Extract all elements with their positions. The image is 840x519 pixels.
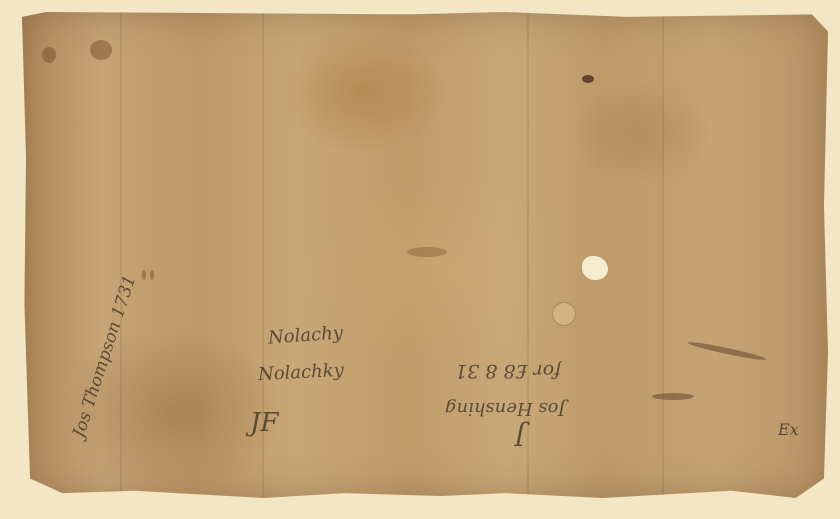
paper-hole xyxy=(582,256,608,280)
ink-stain xyxy=(90,40,112,60)
fold-line xyxy=(527,12,529,498)
flourish-initials: JF xyxy=(250,408,278,438)
fold-line xyxy=(120,12,122,498)
upside-down-initial: J xyxy=(515,420,525,450)
water-stain xyxy=(407,247,447,257)
document-sheet xyxy=(22,12,828,498)
wax-seal-mark xyxy=(552,302,576,326)
address-line-2: Nolachky xyxy=(258,360,345,385)
ink-smear xyxy=(687,340,766,363)
ink-stain xyxy=(150,270,154,280)
upside-down-signature: Jos Henshing xyxy=(445,398,566,419)
ink-stain xyxy=(142,270,146,280)
fold-line xyxy=(662,12,664,498)
corner-mark: Ex xyxy=(778,420,799,439)
ink-stain xyxy=(42,47,56,63)
upside-down-amount: for £8 8 31 xyxy=(455,360,561,382)
ink-stain xyxy=(582,75,594,83)
ink-smear xyxy=(652,393,694,400)
